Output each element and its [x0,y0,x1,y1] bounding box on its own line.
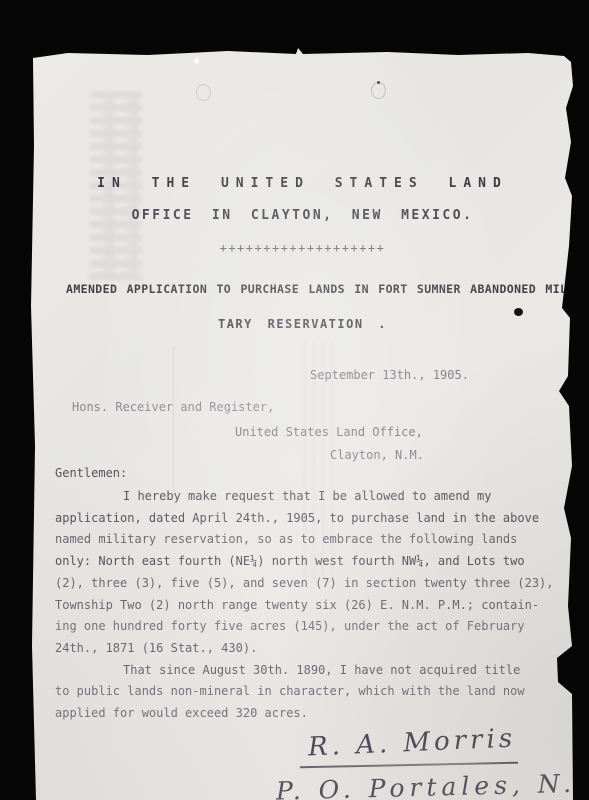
body-line: 24th., 1871 (16 Stat., 430). [55,638,555,660]
body-line: to public lands non-mineral in character… [55,681,555,703]
body-line: named military reservation, so as to emb… [55,529,555,551]
signature-address: P. O. Portales, N. M. [276,767,577,800]
heading-separator: +++++++++++++++++++ [28,241,577,255]
court-heading-line-2: OFFICE IN CLAYTON, NEW MEXICO. [28,208,577,223]
scan-background: { "heading": { "line1": "IN THE UNITED S… [0,0,589,800]
body-line: (2), three (3), five (5), and seven (7) … [55,573,555,595]
document-page: IN THE UNITED STATES LAND OFFICE IN CLAY… [28,46,577,800]
court-heading-line-1: IN THE UNITED STATES LAND [28,176,577,191]
ink-dot-mark [514,308,523,316]
signature-underline [300,762,518,769]
body-line: I hereby make request that I be allowed … [55,486,555,508]
date-line: September 13th., 1905. [310,368,469,382]
addressee-line-1: Hons. Receiver and Register, [72,400,274,414]
body-line: application, dated April 24th., 1905, to… [55,508,555,530]
body-line: only: North east fourth (NE¼) north west… [55,551,555,573]
salutation: Gentlemen: [55,466,127,480]
hole-punch-mark-left [196,84,211,101]
document-title-line-2: TARY RESERVATION . [28,317,577,331]
letter-body: I hereby make request that I be allowed … [55,486,555,725]
addressee-line-2: United States Land Office, [235,425,423,439]
document-title-line-1: AMENDED APPLICATION TO PURCHASE LANDS IN… [66,282,577,296]
paper-crease [173,346,174,496]
signature-name: R. A. Morris [307,723,516,762]
edge-smudge-mark [74,47,122,52]
body-line: Township Two (2) north range twenty six … [55,595,555,617]
body-line: ing one hundred forty five acres (145), … [55,616,555,638]
hole-punch-mark-right [371,82,386,99]
paper-speck [194,58,199,64]
body-line: applied for would exceed 320 acres. [55,703,555,725]
body-line: That since August 30th. 1890, I have not… [55,660,555,682]
addressee-line-3: Clayton, N.M. [330,448,424,462]
